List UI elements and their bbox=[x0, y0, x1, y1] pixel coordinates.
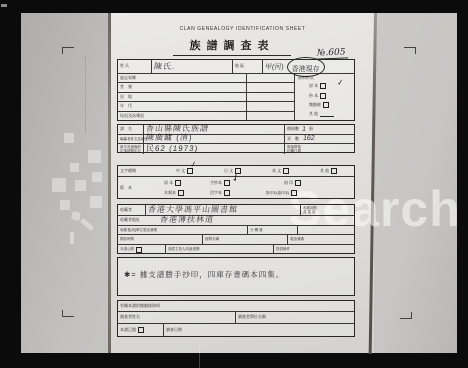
holder-cell-label: 電話號碼 bbox=[290, 237, 304, 241]
edition-option-label: 活字本 bbox=[210, 191, 222, 196]
surveyor-label: 調查者姓名 bbox=[120, 315, 140, 320]
edition-option-checkbox bbox=[178, 190, 184, 196]
edition-table: 文字種類 中 文 ✓ 日 文 英 文 其 他 版 本 bbox=[117, 165, 355, 199]
film-corner-mark bbox=[1, 4, 7, 7]
field-label: 年 代 bbox=[120, 104, 132, 109]
field-label: 過去家鄉 bbox=[120, 76, 136, 81]
open-label: 本譜公開 bbox=[120, 247, 134, 251]
film-scratch bbox=[199, 345, 200, 368]
extension-label: 分 機 號 bbox=[250, 228, 262, 232]
pages-label: 頁 數 bbox=[287, 137, 299, 142]
microfilm-scan: Search CLAN GENEALOGY IDENTIFICATION SHE… bbox=[0, 0, 468, 368]
language-option-label: 中 文 bbox=[176, 169, 185, 174]
sheet-number: №.605 bbox=[315, 47, 348, 59]
read-checkbox bbox=[138, 327, 144, 333]
surname-row: 姓 氏 陳氏. 地 區 甲(河) 香港現存 bbox=[118, 60, 354, 74]
survey-date-label: 調查日期 bbox=[166, 328, 182, 333]
film-label-line2: 拍攝日期 bbox=[287, 149, 301, 153]
language-label: 文字種類 bbox=[120, 169, 136, 174]
edition-option-checkbox bbox=[224, 180, 230, 186]
title-label: 譜 名 bbox=[120, 127, 132, 132]
identity-table: 姓 氏 陳氏. 地 區 甲(河) 香港現存 過去家鄉 堂 號 居 地 年 代 始… bbox=[117, 59, 355, 121]
pages-value: 162 bbox=[303, 135, 315, 142]
english-title: CLAN GENEALOGY IDENTIFICATION SHEET bbox=[111, 26, 374, 32]
registration-mark-top-right bbox=[404, 47, 416, 54]
conditions-label: 提供條件 bbox=[276, 247, 290, 251]
holder-note-line2: 及 電 話 bbox=[303, 210, 315, 214]
check-mark-icon: ✓ bbox=[189, 160, 197, 170]
edition-option-label: 原 本 bbox=[164, 181, 173, 186]
format-option-label: 抄 本 bbox=[309, 94, 318, 99]
format-option-checkbox bbox=[320, 93, 326, 99]
volumes-label: 總册數 bbox=[287, 127, 299, 132]
format-option-label: 原 本 bbox=[309, 84, 318, 89]
field-label: 堂 號 bbox=[120, 85, 132, 90]
edition-option-checkbox bbox=[224, 190, 230, 196]
edition-option-label: 影印本(複印本) bbox=[266, 191, 289, 195]
language-option-checkbox bbox=[283, 168, 289, 174]
surveyor-unit-label: 調查者單位名稱 bbox=[238, 315, 266, 320]
footer-table: 有關本譜的微縮捲資料 調查者姓名 調查者單位名稱 本譜已閱 調查日期 bbox=[117, 300, 355, 337]
edition-option-checkbox bbox=[175, 180, 181, 186]
holder-table: 收藏者 香港大學馮平山圖書館 收藏地點 及 電 話 收藏者地址 香港薄扶林道 收… bbox=[117, 204, 355, 254]
format-other-label: 其 他 bbox=[309, 112, 318, 117]
permission-label: 需經主管人同意借閱 bbox=[168, 247, 200, 251]
language-option-checkbox bbox=[331, 168, 337, 174]
page-fold-line bbox=[108, 13, 111, 353]
edition-option-checkbox bbox=[291, 190, 297, 196]
edition-option-label: 木刻本 bbox=[164, 191, 176, 196]
region-label: 地 區 bbox=[235, 64, 244, 69]
format-other-blank bbox=[320, 111, 334, 117]
chinese-title: 族譜調查表 bbox=[173, 37, 291, 56]
language-option-label: 日 文 bbox=[224, 169, 233, 174]
remarks-handwriting: ✱= 據支譜謄手抄印，四庫存書碼本四集。 bbox=[124, 270, 284, 279]
surname-label: 姓 氏 bbox=[120, 64, 129, 69]
volumes-unit: 册 bbox=[309, 127, 313, 132]
field-label: 居 地 bbox=[120, 95, 132, 100]
edition-label: 版 本 bbox=[120, 186, 132, 191]
check-mark-icon: ✓ bbox=[336, 78, 344, 88]
format-option-checkbox bbox=[323, 102, 329, 108]
phone-label: 收藏者[或]單位電話號碼 bbox=[120, 228, 157, 232]
registration-mark-bottom-left bbox=[62, 310, 74, 317]
format-option-label: 微縮捲 bbox=[309, 103, 321, 108]
compiler-value: 陳廣鏞 (清) bbox=[145, 132, 193, 143]
registration-mark-bottom-right bbox=[400, 312, 412, 319]
address-label: 收藏者地址 bbox=[120, 218, 140, 223]
open-checkbox bbox=[136, 247, 142, 253]
field-label: 始祖及始遷祖 bbox=[120, 114, 144, 119]
language-option-label: 其 他 bbox=[320, 169, 329, 174]
format-option-checkbox bbox=[320, 83, 326, 89]
film-dotted-line bbox=[85, 55, 87, 133]
volumes-value: 1 bbox=[302, 126, 307, 133]
remarks-box: ✱= 據支譜謄手抄印，四庫存書碼本四集。 bbox=[117, 257, 355, 296]
holder-value: 香港大學馮平山圖書館 bbox=[147, 204, 238, 215]
footer-row1-label: 有關本譜的微縮捲資料 bbox=[120, 304, 160, 309]
language-option-label: 英 文 bbox=[272, 169, 281, 174]
edition-option-checkbox bbox=[295, 180, 301, 186]
holder-cell-label: 開放時間 bbox=[120, 237, 134, 241]
read-label: 本譜已閱 bbox=[120, 328, 136, 333]
registration-mark-top-left bbox=[62, 47, 74, 54]
holder-cell-label: 借閱手續 bbox=[205, 237, 219, 241]
dates-label-line2: 記事時間年代 bbox=[120, 149, 141, 153]
title-table: 譜 名 香山縣陳氏族譜 總册數 1 册 編纂者姓名及朝代 陳廣鏞 (清) 頁 數… bbox=[117, 124, 355, 153]
region-value: 甲(河) bbox=[264, 62, 284, 72]
edition-option-label: 手抄本 bbox=[210, 181, 222, 186]
surname-value: 陳氏. bbox=[153, 61, 175, 72]
edition-option-label: 鉛 印 bbox=[284, 181, 293, 186]
address-value: 香港薄扶林道 bbox=[159, 214, 214, 225]
region-note: 香港現存 bbox=[292, 66, 320, 73]
holder-label: 收藏者 bbox=[120, 208, 132, 213]
dates-value: 民62 (1973) bbox=[145, 143, 198, 154]
